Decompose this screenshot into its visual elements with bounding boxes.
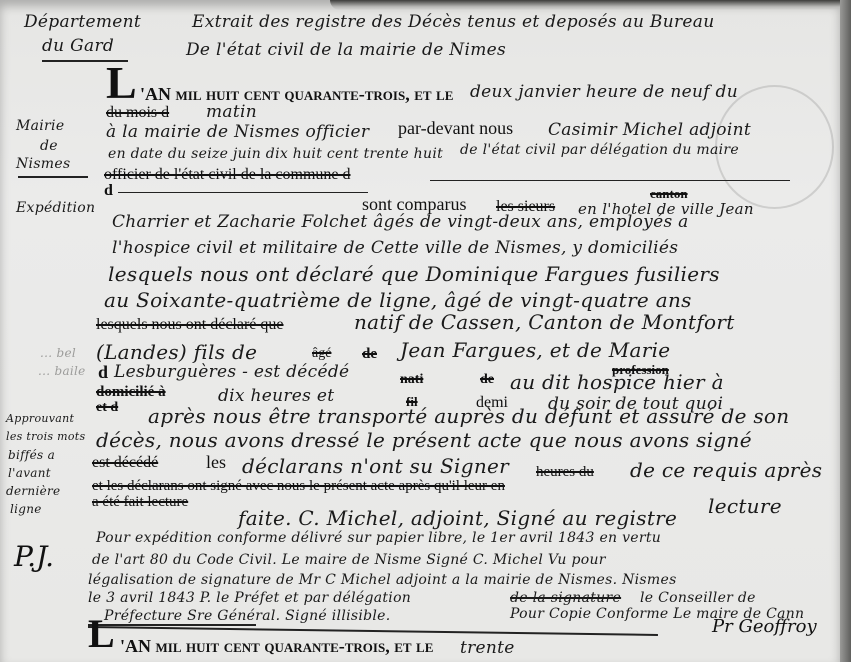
- printed-text: 'AN mil huit cent quarante-trois, et le: [120, 636, 433, 656]
- struck-line-2: du mois d: [106, 104, 169, 122]
- hand-line-1: deux janvier heure de neuf du: [470, 82, 738, 102]
- printed-d-line-6: d: [104, 182, 113, 200]
- printed-line-1: 'AN mil huit cent quarante-trois, et le: [140, 84, 453, 105]
- margin-approval-4: l'avant: [8, 466, 51, 480]
- margin-mairie: Mairie: [16, 118, 64, 134]
- hand-line-10: au Soixante-quatrième de ligne, âgé de v…: [104, 288, 692, 312]
- hand-line-2: matin: [206, 102, 257, 122]
- struck-line-18: et les déclarans ont signé avec nous le …: [92, 478, 505, 495]
- header-du-gard: du Gard: [42, 36, 114, 56]
- hand-line-24: Préfecture Sre Général. Signé illisible.: [104, 608, 391, 624]
- printed-les: les: [206, 452, 226, 473]
- signature-geoffroy: Pr Geoffroy: [712, 616, 817, 637]
- struck-et-d: et d: [96, 400, 118, 416]
- next-entry-hand: trente: [460, 638, 515, 658]
- margin-approval-5: dernière: [6, 484, 60, 498]
- struck-age: âgé: [312, 346, 331, 362]
- dropcap-l: L: [106, 60, 137, 106]
- hand-line-8: l'hospice civil et militaire de Cette vi…: [112, 238, 678, 258]
- printed-par-devant: par-devant nous: [398, 118, 513, 139]
- hand-line-16: décès, nous avons dressé le présent acte…: [96, 428, 752, 452]
- hand-line-23: le 3 avril 1843 P. le Préfet et par délé…: [88, 590, 411, 606]
- hand-lecture: lecture: [708, 494, 782, 518]
- document-page: Département du Gard Extrait des registre…: [0, 0, 840, 662]
- margin-approval-3: biffés a: [8, 448, 55, 462]
- margin-de: de: [40, 138, 58, 154]
- struck-heures-du: heures du: [536, 464, 594, 481]
- header-extrait-line1: Extrait des registre des Décès tenus et …: [192, 12, 714, 32]
- margin-expedition: Expédition: [16, 200, 95, 216]
- hand-line-20: Pour expédition conforme délivré sur pap…: [96, 530, 661, 546]
- margin-faint-note-1: ... bel: [40, 346, 76, 360]
- header-extrait-line2: De l'état civil de la mairie de Nimes: [186, 40, 506, 60]
- hand-line-14: dix heures et: [218, 386, 334, 406]
- hand-line-17: déclarans n'ont su Signer: [242, 454, 509, 478]
- hand-line-13b: au dit hospice hier à: [510, 370, 724, 394]
- hand-line-12a: (Landes) fils de: [96, 340, 257, 364]
- hand-line-13: Lesburguères - est décédé: [114, 362, 349, 382]
- printed-d-line-13: d: [98, 362, 108, 383]
- printed-text: 'AN mil huit cent quarante-trois, et le: [140, 84, 453, 104]
- next-entry-printed: 'AN mil huit cent quarante-trois, et le: [120, 636, 433, 657]
- hand-line-7: Charrier et Zacharie Folchet âgés de vin…: [112, 212, 689, 232]
- hand-line-15: après nous être transporté auprès du déf…: [148, 404, 789, 428]
- hand-line-19: faite. C. Michel, adjoint, Signé au regi…: [238, 506, 677, 530]
- hand-line-17b: de ce requis après: [630, 458, 822, 482]
- margin-faint-note-2: ... baile: [38, 364, 86, 378]
- hand-line-4b: de l'état civil par délégation du maire: [460, 142, 739, 158]
- struck-de-2: de: [480, 372, 494, 388]
- margin-underline: [18, 176, 88, 178]
- rule-line-5: [430, 180, 790, 181]
- next-entry-dropcap: L: [88, 614, 115, 654]
- hand-line-11: natif de Cassen, Canton de Montfort: [354, 310, 735, 334]
- margin-paraph-signature: P.J.: [14, 540, 54, 573]
- struck-de: de: [362, 346, 377, 363]
- closing-rule-long: [88, 626, 658, 635]
- header-departement: Département: [24, 12, 141, 32]
- margin-approval-1: Approuvant: [6, 412, 74, 425]
- margin-nismes: Nismes: [16, 156, 70, 172]
- struck-nati: nati: [400, 372, 423, 388]
- hand-line-12b: Jean Fargues, et de Marie: [400, 338, 670, 362]
- struck-line-19: a été fait lecture: [92, 494, 188, 511]
- margin-approval-6: ligne: [10, 502, 42, 516]
- rule-line-6: [118, 192, 368, 193]
- hand-line-9: lesquels nous ont déclaré que Dominique …: [108, 262, 720, 286]
- struck-est-decede: est décédé: [92, 454, 158, 472]
- struck-de-la-signature: de la signature: [510, 590, 621, 606]
- hand-line-3b: Casimir Michel adjoint: [548, 120, 751, 140]
- hand-line-23b: le Conseiller de: [640, 590, 756, 606]
- struck-line-5: officier de l'état civil de la commune d: [104, 166, 351, 184]
- margin-approval-2: les trois mots: [6, 430, 85, 443]
- struck-domicilie: domicilié à: [96, 384, 166, 401]
- page-top-shadow: [330, 0, 851, 10]
- struck-line-11: lesquels nous ont déclaré que: [96, 316, 284, 334]
- page-right-edge: [840, 0, 851, 662]
- hand-line-22: légalisation de signature de Mr C Michel…: [88, 572, 677, 588]
- hand-line-4: en date du seize juin dix huit cent tren…: [108, 146, 443, 162]
- hand-line-3a: à la mairie de Nismes officier: [106, 122, 369, 142]
- hand-line-21: de l'art 80 du Code Civil. Le maire de N…: [92, 552, 606, 568]
